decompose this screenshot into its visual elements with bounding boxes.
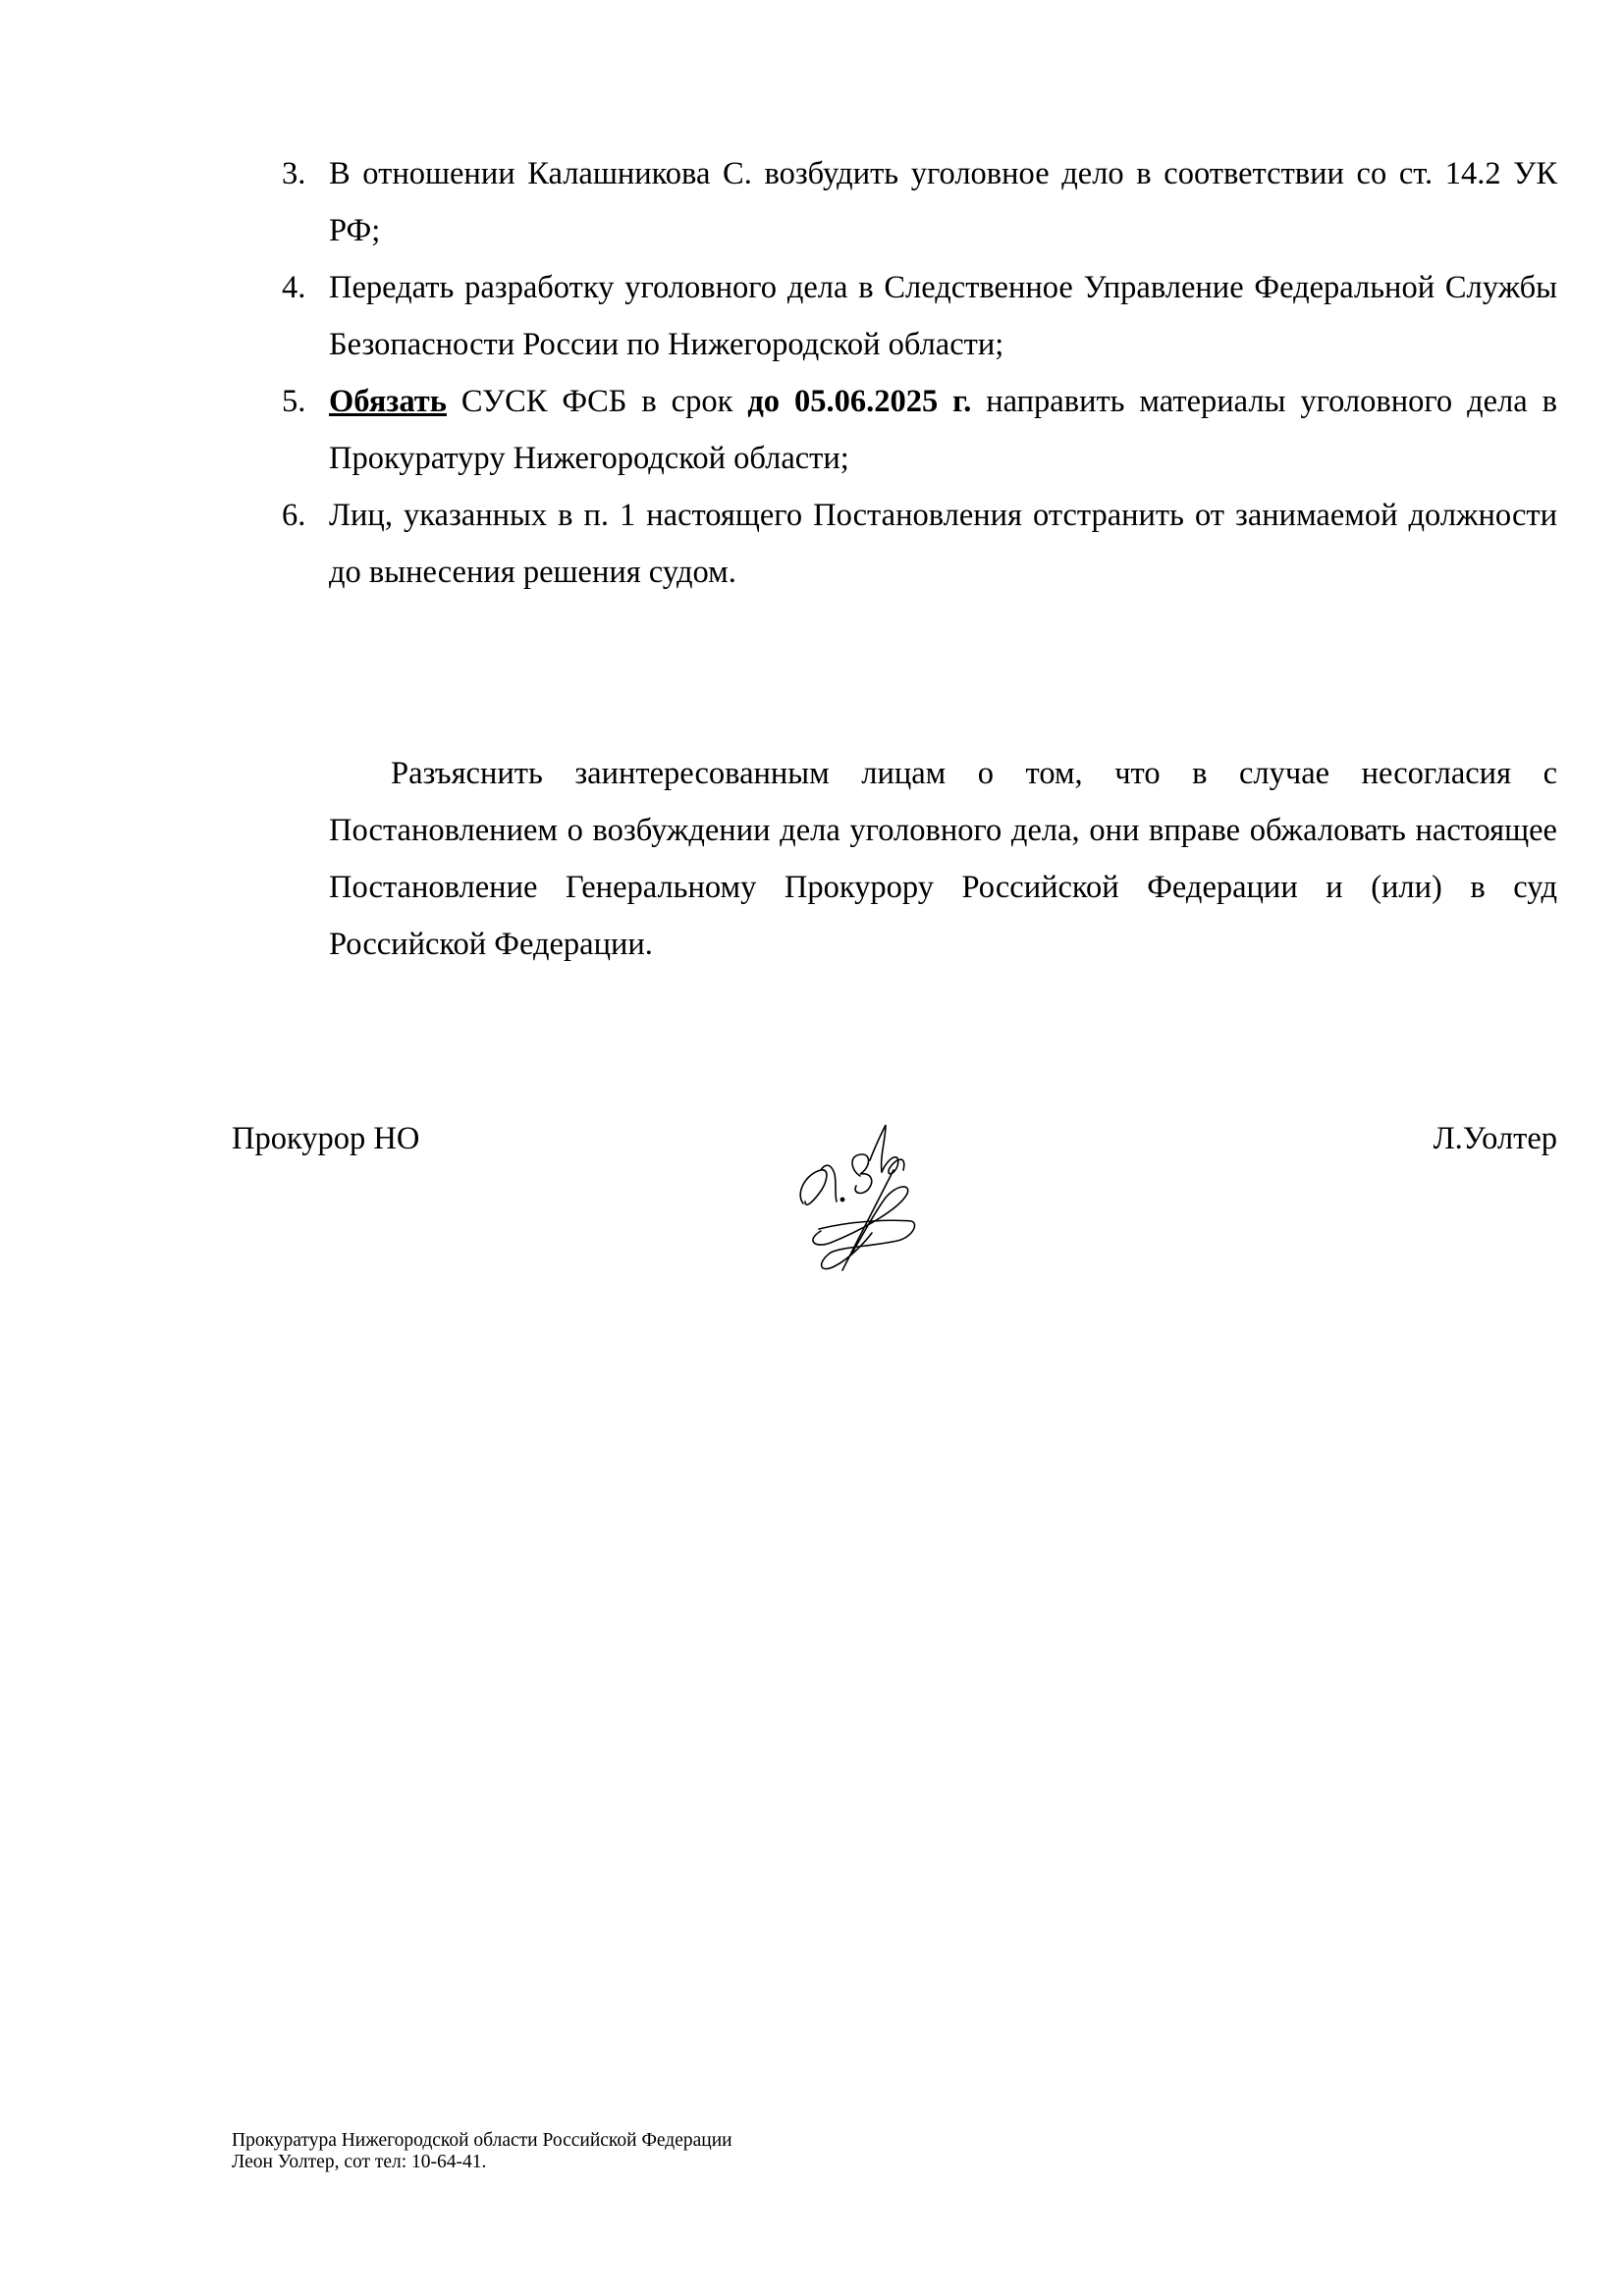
item-number: 6. <box>282 487 305 544</box>
item-number: 4. <box>282 259 305 316</box>
footer: Прокуратура Нижегородской области Россий… <box>232 2130 732 2173</box>
item-text-a: СУСК ФСБ в срок <box>447 384 747 419</box>
list-item-5: 5. Обязать СУСК ФСБ в срок до 05.06.2025… <box>265 373 1557 487</box>
list-item-6: 6. Лиц, указанных в п. 1 настоящего Пост… <box>265 487 1557 601</box>
list-item-4: 4. Передать разработку уголовного дела в… <box>265 259 1557 373</box>
item-text: Передать разработку уголовного дела в Сл… <box>329 270 1557 362</box>
item-number: 5. <box>282 373 305 430</box>
list-item-3: 3. В отношении Калашникова С. возбудить … <box>265 145 1557 259</box>
item-number: 3. <box>282 145 305 202</box>
document-page: 3. В отношении Калашникова С. возбудить … <box>0 0 1624 2296</box>
item-text: В отношении Калашникова С. возбудить уго… <box>329 156 1557 248</box>
item-text: Лиц, указанных в п. 1 настоящего Постано… <box>329 498 1557 590</box>
obligate-keyword: Обязать <box>329 384 447 419</box>
deadline-date: до 05.06.2025 г. <box>747 384 971 419</box>
footer-contact: Леон Уолтер, сот тел: 10-64-41. <box>232 2152 732 2173</box>
footer-organization: Прокуратура Нижегородской области Россий… <box>232 2130 732 2152</box>
resolution-list: 3. В отношении Калашникова С. возбудить … <box>265 145 1557 601</box>
appeal-explanation: Разъяснить заинтересованным лицам о том,… <box>329 745 1557 973</box>
signer-position: Прокурор НО <box>232 1119 419 1158</box>
handwritten-signature-icon <box>791 1115 958 1282</box>
signer-name: Л.Уолтер <box>1434 1119 1557 1158</box>
